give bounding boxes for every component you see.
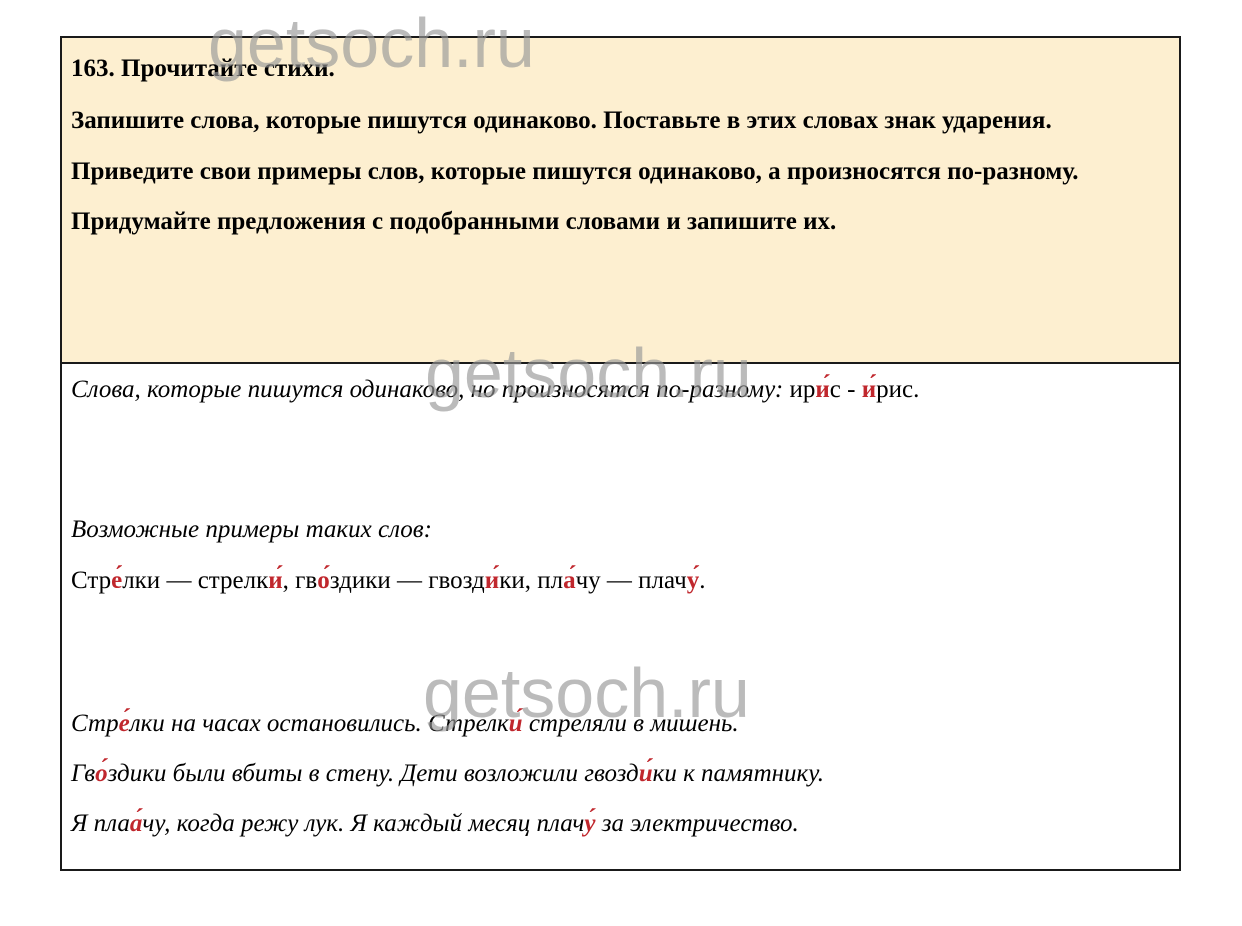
word-part: чу — плач — [576, 567, 687, 594]
instruction-1: Запишите слова, которые пишутся одинаков… — [71, 96, 1169, 147]
word-part: . — [699, 567, 705, 594]
stress-mark: е́ — [111, 567, 122, 594]
stress-mark: у́ — [687, 567, 700, 594]
stress-mark: о́ — [95, 760, 108, 787]
exercise-card: 163. Прочитайте стихи. Запишите слова, к… — [60, 36, 1181, 871]
text: ки к памятнику. — [653, 760, 824, 787]
text: Гв — [71, 760, 95, 787]
text: стреляли в мишень. — [523, 710, 739, 737]
examples-line: Стре́лки — стрелки́, гво́здики — гвозди́… — [71, 564, 705, 598]
text: лки на часах остановились. Стрелк — [130, 710, 509, 737]
stress-mark: и́ — [815, 376, 829, 403]
task-panel: 163. Прочитайте стихи. Запишите слова, к… — [62, 38, 1179, 364]
word-part: лки — стрелк — [122, 567, 268, 594]
stress-mark: е́ — [119, 710, 130, 737]
sentence-2: Гво́здики были вбиты в стену. Дети возло… — [71, 757, 824, 791]
exercise-title: 163. Прочитайте стихи. — [71, 52, 1169, 86]
text: за электричество. — [595, 810, 798, 837]
text: здики были вбиты в стену. Дети возложили… — [108, 760, 639, 787]
examples-heading: Возможные примеры таких слов: — [71, 513, 432, 547]
stress-mark: у́ — [584, 810, 595, 837]
sentence-3: Я плаа́чу, когда режу лук. Я каждый меся… — [71, 807, 799, 841]
stress-mark: и́ — [509, 710, 523, 737]
word-part: ки, пл — [499, 567, 563, 594]
stress-mark: а́ — [563, 567, 576, 594]
text: чу, когда режу лук. Я каждый месяц плач — [142, 810, 584, 837]
word-part: с — [830, 376, 841, 403]
text: Я пла — [71, 810, 130, 837]
separator: - — [841, 376, 862, 403]
text: Стр — [71, 710, 119, 737]
stress-mark: и́ — [268, 567, 282, 594]
instruction-3: Придумайте предложения с подобранными сл… — [71, 197, 1169, 248]
sentence-1: Стре́лки на часах остановились. Стрелки́… — [71, 707, 739, 741]
word-part: Стр — [71, 567, 111, 594]
answer-intro: Слова, которые пишутся одинаково, но про… — [71, 376, 783, 403]
stress-mark: а́ — [130, 810, 143, 837]
stress-mark: и́ — [862, 376, 876, 403]
stress-mark: и́ — [639, 760, 653, 787]
word-part: здики — гвозд — [330, 567, 485, 594]
word-part: , гв — [283, 567, 318, 594]
word-part: рис. — [876, 376, 919, 403]
stress-mark: о́ — [317, 567, 330, 594]
stress-mark: и́ — [485, 567, 499, 594]
instruction-2: Приведите свои примеры слов, которые пиш… — [71, 147, 1169, 198]
answer-homographs-line: Слова, которые пишутся одинаково, но про… — [71, 373, 919, 407]
word-part: ир — [789, 376, 815, 403]
